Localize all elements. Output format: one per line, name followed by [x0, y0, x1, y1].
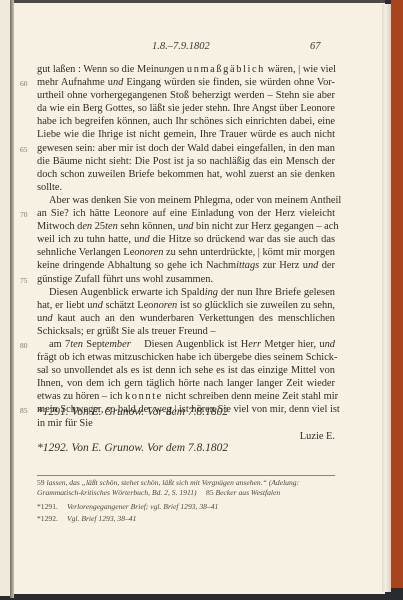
text-line: keine dringende Abhaltung so gehe ich Na…	[37, 259, 335, 272]
book-gutter	[10, 0, 14, 598]
book-cover-edge	[391, 0, 403, 588]
text-line: und kaut auch an den wunderbaren Verkett…	[37, 312, 335, 325]
line-number: 75	[20, 274, 28, 287]
page-stack-edge	[382, 4, 391, 592]
text-line: am 7ten September Diesen Augenblick ist …	[37, 338, 335, 351]
line-number: 60	[20, 77, 28, 90]
apparatus-letter-notes: *1291.Verlorengegangener Brief; vgl. Bri…	[37, 502, 337, 525]
text-line: in mir für Sie	[37, 417, 335, 430]
text-line: sal so unvollendet als es ist denn ich s…	[37, 364, 335, 377]
text-line: hat, er liebt und schätzt Leonoren ist s…	[37, 299, 335, 312]
apparatus-note-text: Vgl. Brief 1293, 38–41	[67, 514, 136, 523]
text-line: weil ich zu tuhn hatte, und die Hitze so…	[37, 233, 335, 246]
apparatus-note-label: *1292.	[37, 514, 67, 524]
apparatus-note-label: *1291.	[37, 502, 67, 512]
text-line: die Bäume nicht sieht: Die Post ist ja s…	[37, 155, 335, 168]
page-number: 67	[310, 41, 321, 52]
text-line: Ihnen, von dem ich gern täglich hörte na…	[37, 377, 335, 390]
letter-heading: *1292. Von E. Grunow. Vor dem 7.8.1802	[37, 442, 228, 454]
letter-body: gut laßen : Wenn so die Meinungen unmaßg…	[37, 63, 335, 443]
critical-apparatus: 59 lassen, das „läßt schön, stehet schön…	[37, 478, 337, 524]
footnote-rule	[37, 475, 335, 476]
line-number: 65	[20, 143, 28, 156]
text-line: frägt ob ich etwas mitzuschicken habe ic…	[37, 351, 335, 364]
text-line: gewesen sein: aber mir ist doch der Wald…	[37, 142, 335, 155]
text-line: da wie ein Berg Gottes, so läßt sie jede…	[37, 102, 335, 115]
line-number: 85	[20, 404, 28, 417]
text-line: an Sie? ich hätte Leonore auf eine Einla…	[37, 207, 335, 220]
text-line: sehnliche Verlangen Leonoren zu sehn unt…	[37, 246, 335, 259]
apparatus-note: *1291.Verlorengegangener Brief; vgl. Bri…	[37, 502, 337, 512]
text-line: Aber was denken Sie von meinem Phlegma, …	[37, 194, 335, 207]
running-head: 1.8.–7.9.1802	[152, 41, 210, 52]
signature: Luzie E.	[37, 430, 335, 443]
text-line: günstige Zufall führt uns wohl zusammen.…	[37, 273, 335, 286]
text-line: etwas zu hören – ich konnte nicht schrei…	[37, 390, 335, 403]
apparatus-note-text: Verlorengegangener Brief; vgl. Brief 129…	[67, 502, 218, 511]
text-line: Liebe wie die Ihrige ist nicht gemein, I…	[37, 128, 335, 141]
text-line: gut laßen : Wenn so die Meinungen unmaßg…	[37, 63, 335, 76]
apparatus-note-59: 59 lassen, das „läßt schön, stehet schön…	[37, 478, 337, 488]
text-line: Diesen Augenblick erwarte ich Spalding d…	[37, 286, 335, 299]
text-line: urtheil ohne vorhergegangenen Stoß beher…	[37, 89, 335, 102]
line-number: 80	[20, 339, 28, 352]
apparatus-note-59-cont: Grammatisch-kritisches Wörterbuch, Bd. 2…	[37, 488, 337, 498]
apparatus-note: *1292.Vgl. Brief 1293, 38–41	[37, 514, 337, 524]
text-line: Schicksals; er grüßt Sie als treuer Freu…	[37, 325, 335, 338]
text-line: habe ich begreifen können, auch Ihr schö…	[37, 115, 335, 128]
line-number: 70	[20, 208, 28, 221]
text-line: doch schon zuweilen Briefe bekommen hat,…	[37, 168, 335, 181]
text-line: mehr Aufnahme und Eingang würden sie fin…	[37, 76, 335, 89]
text-line: sollte.	[37, 181, 335, 194]
text-line: Mitwoch den 25ten sehn können, und bin n…	[37, 220, 335, 233]
letter-heading: *1291. Von E. Grunow. Vor dem 7.8.1802	[37, 406, 228, 418]
page-header: 1.8.–7.9.1802 67	[0, 41, 403, 55]
